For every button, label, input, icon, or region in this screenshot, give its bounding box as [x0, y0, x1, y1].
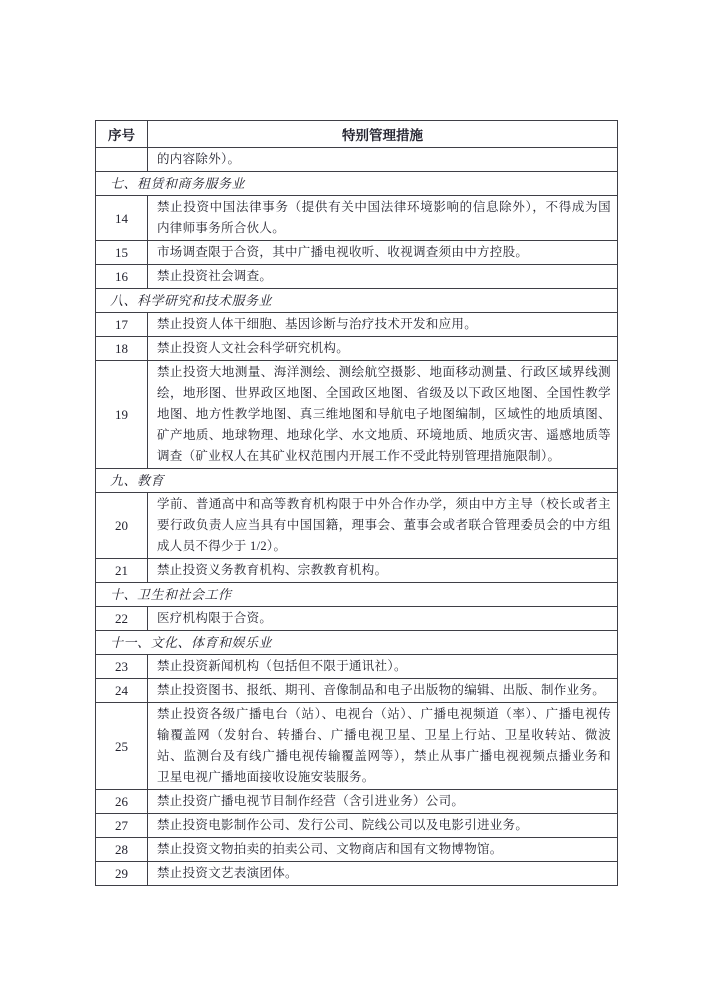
- row-number: 18: [96, 337, 148, 361]
- table-row: 26禁止投资广播电视节目制作经营（含引进业务）公司。: [96, 790, 618, 814]
- row-number: 24: [96, 679, 148, 703]
- section-row: 十、卫生和社会工作: [96, 583, 618, 607]
- measure-text: 禁止投资中国法律事务（提供有关中国法律环境影响的信息除外），不得成为国内律师事务…: [148, 196, 618, 241]
- row-number: 22: [96, 607, 148, 631]
- measure-text: 学前、普通高中和高等教育机构限于中外合作办学，须由中方主导（校长或者主要行政负责…: [148, 493, 618, 559]
- measure-text: 禁止投资新闻机构（包括但不限于通讯社）。: [148, 655, 618, 679]
- document-page: 序号 特别管理措施 的内容除外）。七、租赁和商务服务业14禁止投资中国法律事务（…: [0, 0, 711, 1008]
- section-row: 八、科学研究和技术服务业: [96, 289, 618, 313]
- measure-text: 禁止投资广播电视节目制作经营（含引进业务）公司。: [148, 790, 618, 814]
- measure-text: 医疗机构限于合资。: [148, 607, 618, 631]
- row-number: 16: [96, 265, 148, 289]
- table-row: 22医疗机构限于合资。: [96, 607, 618, 631]
- table-row: 23禁止投资新闻机构（包括但不限于通讯社）。: [96, 655, 618, 679]
- row-number: 17: [96, 313, 148, 337]
- section-header: 八、科学研究和技术服务业: [96, 289, 618, 313]
- table-row: 15市场调查限于合资，其中广播电视收听、收视调查须由中方控股。: [96, 241, 618, 265]
- column-header-number: 序号: [96, 121, 148, 148]
- table-row: 16禁止投资社会调查。: [96, 265, 618, 289]
- column-header-measures: 特别管理措施: [148, 121, 618, 148]
- table-body: 的内容除外）。七、租赁和商务服务业14禁止投资中国法律事务（提供有关中国法律环境…: [96, 148, 618, 886]
- measure-text: 禁止投资义务教育机构、宗教教育机构。: [148, 559, 618, 583]
- row-number: 27: [96, 814, 148, 838]
- section-header: 十、卫生和社会工作: [96, 583, 618, 607]
- row-number: 21: [96, 559, 148, 583]
- table-row: 18禁止投资人文社会科学研究机构。: [96, 337, 618, 361]
- table-row: 21禁止投资义务教育机构、宗教教育机构。: [96, 559, 618, 583]
- table-row: 27禁止投资电影制作公司、发行公司、院线公司以及电影引进业务。: [96, 814, 618, 838]
- measure-text: 禁止投资文艺表演团体。: [148, 862, 618, 886]
- measure-text: 禁止投资人文社会科学研究机构。: [148, 337, 618, 361]
- row-number: 25: [96, 703, 148, 790]
- section-row: 九、教育: [96, 469, 618, 493]
- table-row: 的内容除外）。: [96, 148, 618, 172]
- row-number: 28: [96, 838, 148, 862]
- measures-table: 序号 特别管理措施 的内容除外）。七、租赁和商务服务业14禁止投资中国法律事务（…: [95, 120, 618, 886]
- row-number: 29: [96, 862, 148, 886]
- row-number: 19: [96, 361, 148, 469]
- table-row: 20学前、普通高中和高等教育机构限于中外合作办学，须由中方主导（校长或者主要行政…: [96, 493, 618, 559]
- row-number: 26: [96, 790, 148, 814]
- measures-table-container: 序号 特别管理措施 的内容除外）。七、租赁和商务服务业14禁止投资中国法律事务（…: [95, 120, 618, 886]
- section-header: 七、租赁和商务服务业: [96, 172, 618, 196]
- measure-text: 禁止投资电影制作公司、发行公司、院线公司以及电影引进业务。: [148, 814, 618, 838]
- table-row: 29禁止投资文艺表演团体。: [96, 862, 618, 886]
- table-row: 25禁止投资各级广播电台（站）、电视台（站）、广播电视频道（率）、广播电视传输覆…: [96, 703, 618, 790]
- row-number: 23: [96, 655, 148, 679]
- measure-text: 禁止投资各级广播电台（站）、电视台（站）、广播电视频道（率）、广播电视传输覆盖网…: [148, 703, 618, 790]
- table-header-row: 序号 特别管理措施: [96, 121, 618, 148]
- measure-text: 禁止投资社会调查。: [148, 265, 618, 289]
- measure-text: 禁止投资文物拍卖的拍卖公司、文物商店和国有文物博物馆。: [148, 838, 618, 862]
- section-header: 九、教育: [96, 469, 618, 493]
- table-row: 28禁止投资文物拍卖的拍卖公司、文物商店和国有文物博物馆。: [96, 838, 618, 862]
- row-number: 14: [96, 196, 148, 241]
- table-row: 19禁止投资大地测量、海洋测绘、测绘航空摄影、地面移动测量、行政区域界线测绘，地…: [96, 361, 618, 469]
- row-number: 15: [96, 241, 148, 265]
- measure-text: 禁止投资图书、报纸、期刊、音像制品和电子出版物的编辑、出版、制作业务。: [148, 679, 618, 703]
- measure-text: 的内容除外）。: [148, 148, 618, 172]
- row-number: 20: [96, 493, 148, 559]
- measure-text: 市场调查限于合资，其中广播电视收听、收视调查须由中方控股。: [148, 241, 618, 265]
- measure-text: 禁止投资大地测量、海洋测绘、测绘航空摄影、地面移动测量、行政区域界线测绘，地形图…: [148, 361, 618, 469]
- row-number: [96, 148, 148, 172]
- table-row: 24禁止投资图书、报纸、期刊、音像制品和电子出版物的编辑、出版、制作业务。: [96, 679, 618, 703]
- table-row: 17禁止投资人体干细胞、基因诊断与治疗技术开发和应用。: [96, 313, 618, 337]
- section-row: 十一、文化、体育和娱乐业: [96, 631, 618, 655]
- table-row: 14禁止投资中国法律事务（提供有关中国法律环境影响的信息除外），不得成为国内律师…: [96, 196, 618, 241]
- section-row: 七、租赁和商务服务业: [96, 172, 618, 196]
- section-header: 十一、文化、体育和娱乐业: [96, 631, 618, 655]
- measure-text: 禁止投资人体干细胞、基因诊断与治疗技术开发和应用。: [148, 313, 618, 337]
